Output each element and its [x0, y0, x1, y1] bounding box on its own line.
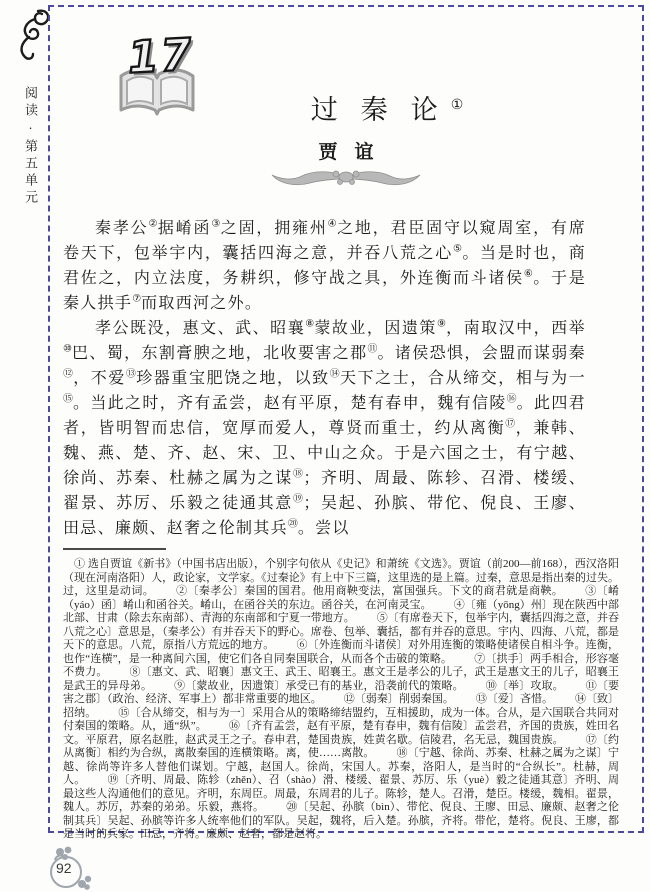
footnotes-block: ① 选自贾谊《新书》（中国书店出版），个别字句依从《史记》和萧统《文选》。贾谊（…: [63, 558, 619, 842]
footnote-separator: [63, 548, 166, 550]
footnote-entry: ⑨〔蒙故业，因遗策〕承受已有的基业，沿袭前代的策略。: [174, 680, 464, 692]
lesson-badge: 17: [112, 47, 208, 121]
textbook-page: 阅读·第五单元 17 过秦论① 贾谊: [0, 0, 650, 892]
footnote-entry: ⑫〔弱秦〕削弱秦国。: [344, 693, 454, 705]
lesson-content-box: 17 过秦论① 贾谊 秦孝公②据崤函③之固，拥雍州④之地，君臣固守以窥周室，有席…: [48, 5, 644, 833]
paragraph-2: 孝公既没，惠文、武、昭襄⑧蒙故业，因遗策⑨，南取汉中，西举⑩巴、蜀，东割膏腴之地…: [63, 316, 586, 541]
footnote-entry: ⑬〔爱〕吝惜。: [476, 693, 553, 705]
title-footnote-ref: ①: [451, 98, 464, 113]
footnote-entry: ②〔秦孝公〕秦国的国君。他用商鞅变法，富国强兵。下文的商君就是商鞅。: [176, 585, 563, 597]
page-number-ornament: 92: [42, 846, 102, 892]
decorative-swirl-icon: [10, 6, 52, 64]
footnote-entry: ⑩〔举〕攻取。: [486, 680, 564, 692]
page-number: 92: [56, 860, 72, 876]
lesson-title-text: 过秦论: [311, 95, 461, 125]
unit-label: 阅读·第五单元: [21, 86, 40, 207]
flourish-ornament-icon: [266, 166, 426, 190]
lesson-body: 秦孝公②据崤函③之固，拥雍州④之地，君臣固守以窥周室，有席卷天下，包举宇内，囊括…: [63, 216, 586, 541]
lesson-number: 17: [127, 33, 194, 80]
paragraph-1: 秦孝公②据崤函③之固，拥雍州④之地，君臣固守以窥周室，有席卷天下，包举宇内，囊括…: [63, 216, 586, 316]
author-name: 贾谊: [50, 141, 642, 165]
